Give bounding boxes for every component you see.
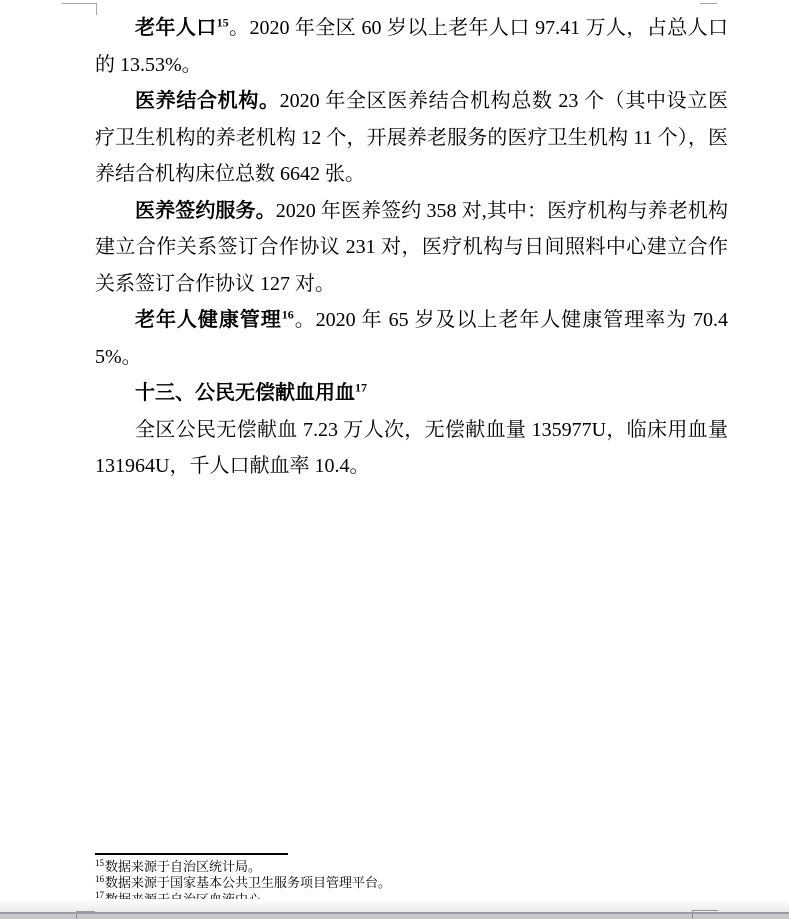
text-boundary-mark-top-right (700, 3, 717, 4)
footnote-marker: 16 (95, 874, 104, 884)
footnote-reference-15: 15 (217, 15, 229, 29)
paragraph-elderly-health-management: 老年人健康管理16。2020 年 65 岁及以上老年人健康管理率为 70.45%… (95, 302, 728, 375)
footnote-reference-17: 17 (355, 380, 367, 394)
footnote-reference-16: 16 (282, 307, 294, 321)
text-run-lead: 医养签约服务。 (135, 200, 276, 222)
text-run-lead: 老年人健康管理 (135, 309, 282, 331)
text-run-lead: 十三、公民无偿献血用血 (135, 382, 355, 404)
text-boundary-mark-bottom-left (76, 911, 95, 919)
text-run-lead: 老年人口 (135, 17, 217, 39)
text-run-body: 全区公民无偿献血 7.23 万人次，无偿献血量 135977U，临床用血量 13… (95, 419, 728, 478)
text-run-lead: 医养结合机构。 (135, 90, 280, 112)
page-bottom-shadow (0, 899, 789, 912)
footnote-separator (95, 853, 288, 855)
paragraph-elderly-population: 老年人口15。2020 年全区 60 岁以上老年人口 97.41 万人，占总人口… (95, 10, 728, 83)
footnote-15: 15数据来源于自治区统计局。 (95, 859, 735, 875)
paragraph-blood-donation: 全区公民无偿献血 7.23 万人次，无偿献血量 135977U，临床用血量 13… (95, 412, 728, 485)
footnote-text: 数据来源于自治区统计局。 (105, 859, 261, 874)
footnote-marker: 15 (95, 858, 104, 868)
footnote-16: 16数据来源于国家基本公共卫生服务项目管理平台。 (95, 875, 735, 891)
text-boundary-mark-top-left (62, 3, 97, 15)
section-heading-blood-donation: 十三、公民无偿献血用血17 (95, 375, 728, 412)
paragraph-medical-care-institutions: 医养结合机构。2020 年全区医养结合机构总数 23 个（其中设立医疗卫生机构的… (95, 83, 728, 193)
document-page: 老年人口15。2020 年全区 60 岁以上老年人口 97.41 万人，占总人口… (0, 0, 789, 919)
page-gap-strip (0, 914, 789, 919)
paragraph-medical-care-agreements: 医养签约服务。2020 年医养签约 358 对,其中：医疗机构与养老机构建立合作… (95, 193, 728, 303)
footnote-text: 数据来源于国家基本公共卫生服务项目管理平台。 (105, 875, 391, 890)
document-body: 老年人口15。2020 年全区 60 岁以上老年人口 97.41 万人，占总人口… (95, 10, 728, 485)
text-boundary-mark-bottom-right (692, 910, 718, 919)
